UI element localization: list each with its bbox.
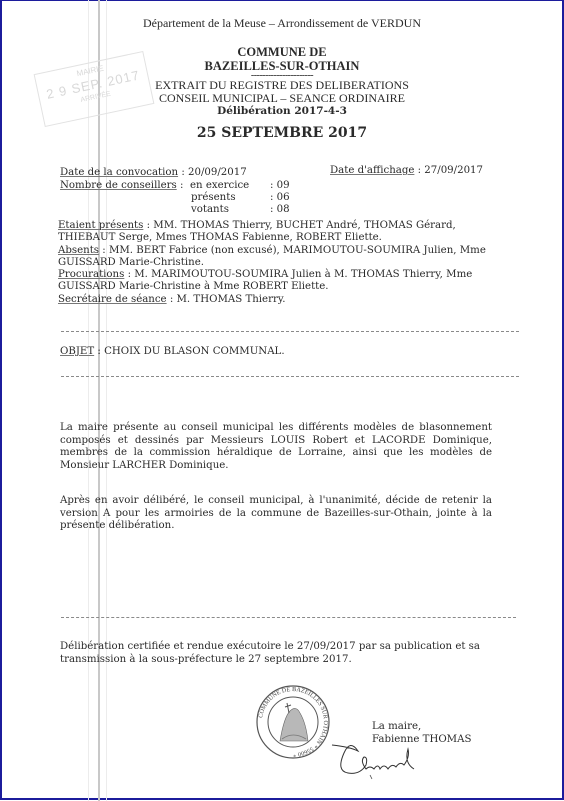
divider <box>61 617 516 618</box>
secretaire-value: : M. THOMAS Thierry. <box>167 294 286 305</box>
body-paragraph-2: Après en avoir délibéré, le conseil muni… <box>60 495 492 533</box>
absents-label: Absents <box>58 245 99 256</box>
extract-line-2: CONSEIL MUNICIPAL – SEANCE ORDINAIRE <box>0 92 564 105</box>
divider <box>61 331 519 332</box>
certification-line-2: transmission à la sous-préfecture le 27 … <box>60 653 480 666</box>
commune-line-1: COMMUNE DE <box>0 45 564 59</box>
handwritten-signature-icon <box>330 735 420 785</box>
convocation-value: : 20/09/2017 <box>178 167 247 178</box>
deliberation-number: Délibération 2017-4-3 <box>0 105 564 117</box>
presents-line-1: : MM. THOMAS Thierry, BUCHET André, THOM… <box>143 220 455 231</box>
count-value-presents: : 06 <box>270 192 290 204</box>
secretaire-label: Secrétaire de séance <box>58 294 167 305</box>
scan-artifact-line <box>88 0 89 801</box>
scan-artifact-line <box>106 0 107 801</box>
document-frame <box>0 0 564 800</box>
certification-line-1: Délibération certifiée et rendue exécuto… <box>60 640 480 653</box>
signatory-title: La maire, <box>372 720 471 733</box>
divider <box>61 376 519 377</box>
count-label-votants: votants <box>191 204 229 216</box>
affichage-value: : 27/09/2017 <box>414 165 483 176</box>
subject-line: OBJET : CHOIX DU BLASON COMMUNAL. <box>60 346 285 358</box>
count-label-exercice: en exercice <box>190 180 249 192</box>
conseillers-sep: : <box>177 180 184 191</box>
absents-line-2: GUISSARD Marie-Christine. <box>58 257 486 269</box>
objet-value: : CHOIX DU BLASON COMMUNAL. <box>94 346 284 357</box>
procurations-label: Procurations <box>58 269 124 280</box>
conseillers-label: Nombre de conseillers <box>60 180 177 191</box>
objet-label: OBJET <box>60 346 94 357</box>
convocation-date: Date de la convocation : 20/09/2017 <box>60 167 247 179</box>
presents-label: Etaient présents <box>58 220 143 231</box>
municipal-seal-icon: COMMUNE DE BAZEILLES SUR OTHAIN * 55600 … <box>254 683 332 761</box>
convocation-label: Date de la convocation <box>60 167 178 178</box>
absents-line-1: : MM. BERT Fabrice (non excusé), MARIMOU… <box>99 245 486 256</box>
posting-date: Date d'affichage : 27/09/2017 <box>330 165 483 177</box>
meeting-date: 25 SEPTEMBRE 2017 <box>0 125 564 141</box>
certification: Délibération certifiée et rendue exécuto… <box>60 640 480 666</box>
affichage-label: Date d'affichage <box>330 165 414 176</box>
extract-heading: EXTRAIT DU REGISTRE DES DELIBERATIONS CO… <box>0 79 564 105</box>
commune-heading: COMMUNE DE BAZEILLES-SUR-OTHAIN <box>0 45 564 73</box>
councillors-count-label: Nombre de conseillers : <box>60 180 183 192</box>
scan-artifact-line <box>98 0 100 801</box>
attendees-section: Etaient présents : MM. THOMAS Thierry, B… <box>58 220 486 306</box>
procurations-line-2: GUISSARD Marie-Christine à Mme ROBERT El… <box>58 281 486 293</box>
presents-line-2: THIEBAUT Serge, Mmes THOMAS Fabienne, RO… <box>58 232 486 244</box>
count-value-votants: : 08 <box>270 204 290 216</box>
body-paragraph-1: La maire présente au conseil municipal l… <box>60 422 492 472</box>
count-label-presents: présents <box>191 192 236 204</box>
procurations-line-1: : M. MARIMOUTOU-SOUMIRA Julien à M. THOM… <box>124 269 472 280</box>
count-value-exercice: : 09 <box>270 180 290 192</box>
department-heading: Département de la Meuse – Arrondissement… <box>0 16 564 31</box>
